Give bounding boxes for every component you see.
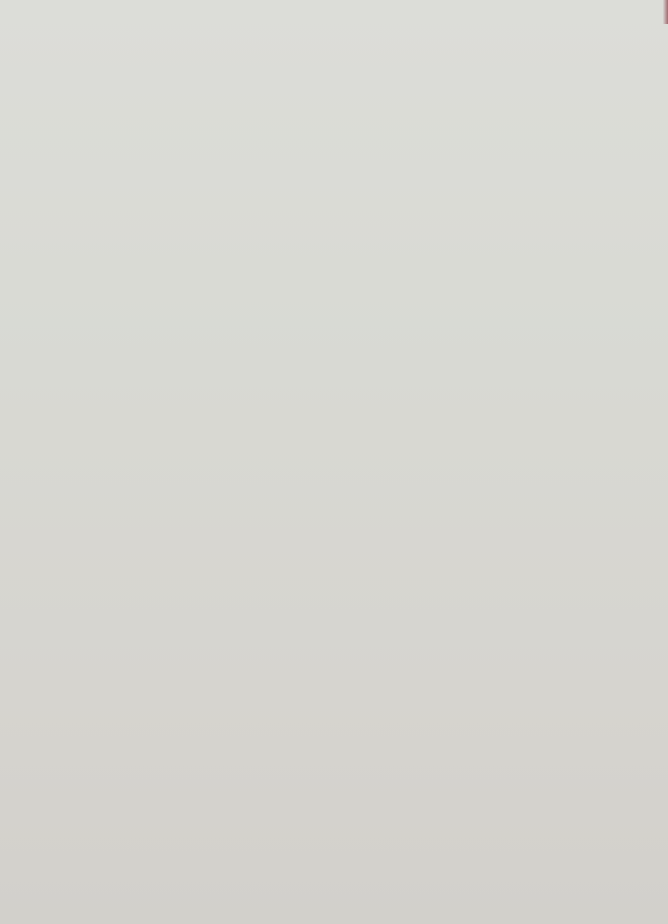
reasons-line-2 <box>45 225 642 231</box>
document-page <box>0 0 668 924</box>
reasons-line-1 <box>88 208 642 214</box>
grounds-line-4 <box>54 65 642 74</box>
background-edge <box>663 0 668 24</box>
reasons-line-3 <box>45 242 642 247</box>
grounds-line-3 <box>54 48 642 57</box>
grounds-line-7 <box>52 117 642 125</box>
grounds-line-8 <box>52 134 642 141</box>
grounds-line-6 <box>53 99 642 108</box>
grounds-line-5 <box>53 82 642 91</box>
grounds-line-2 <box>55 31 642 40</box>
reasons-line-4 <box>44 259 642 264</box>
persons-line-1 <box>88 169 642 176</box>
grounds-line-1 <box>56 14 642 23</box>
